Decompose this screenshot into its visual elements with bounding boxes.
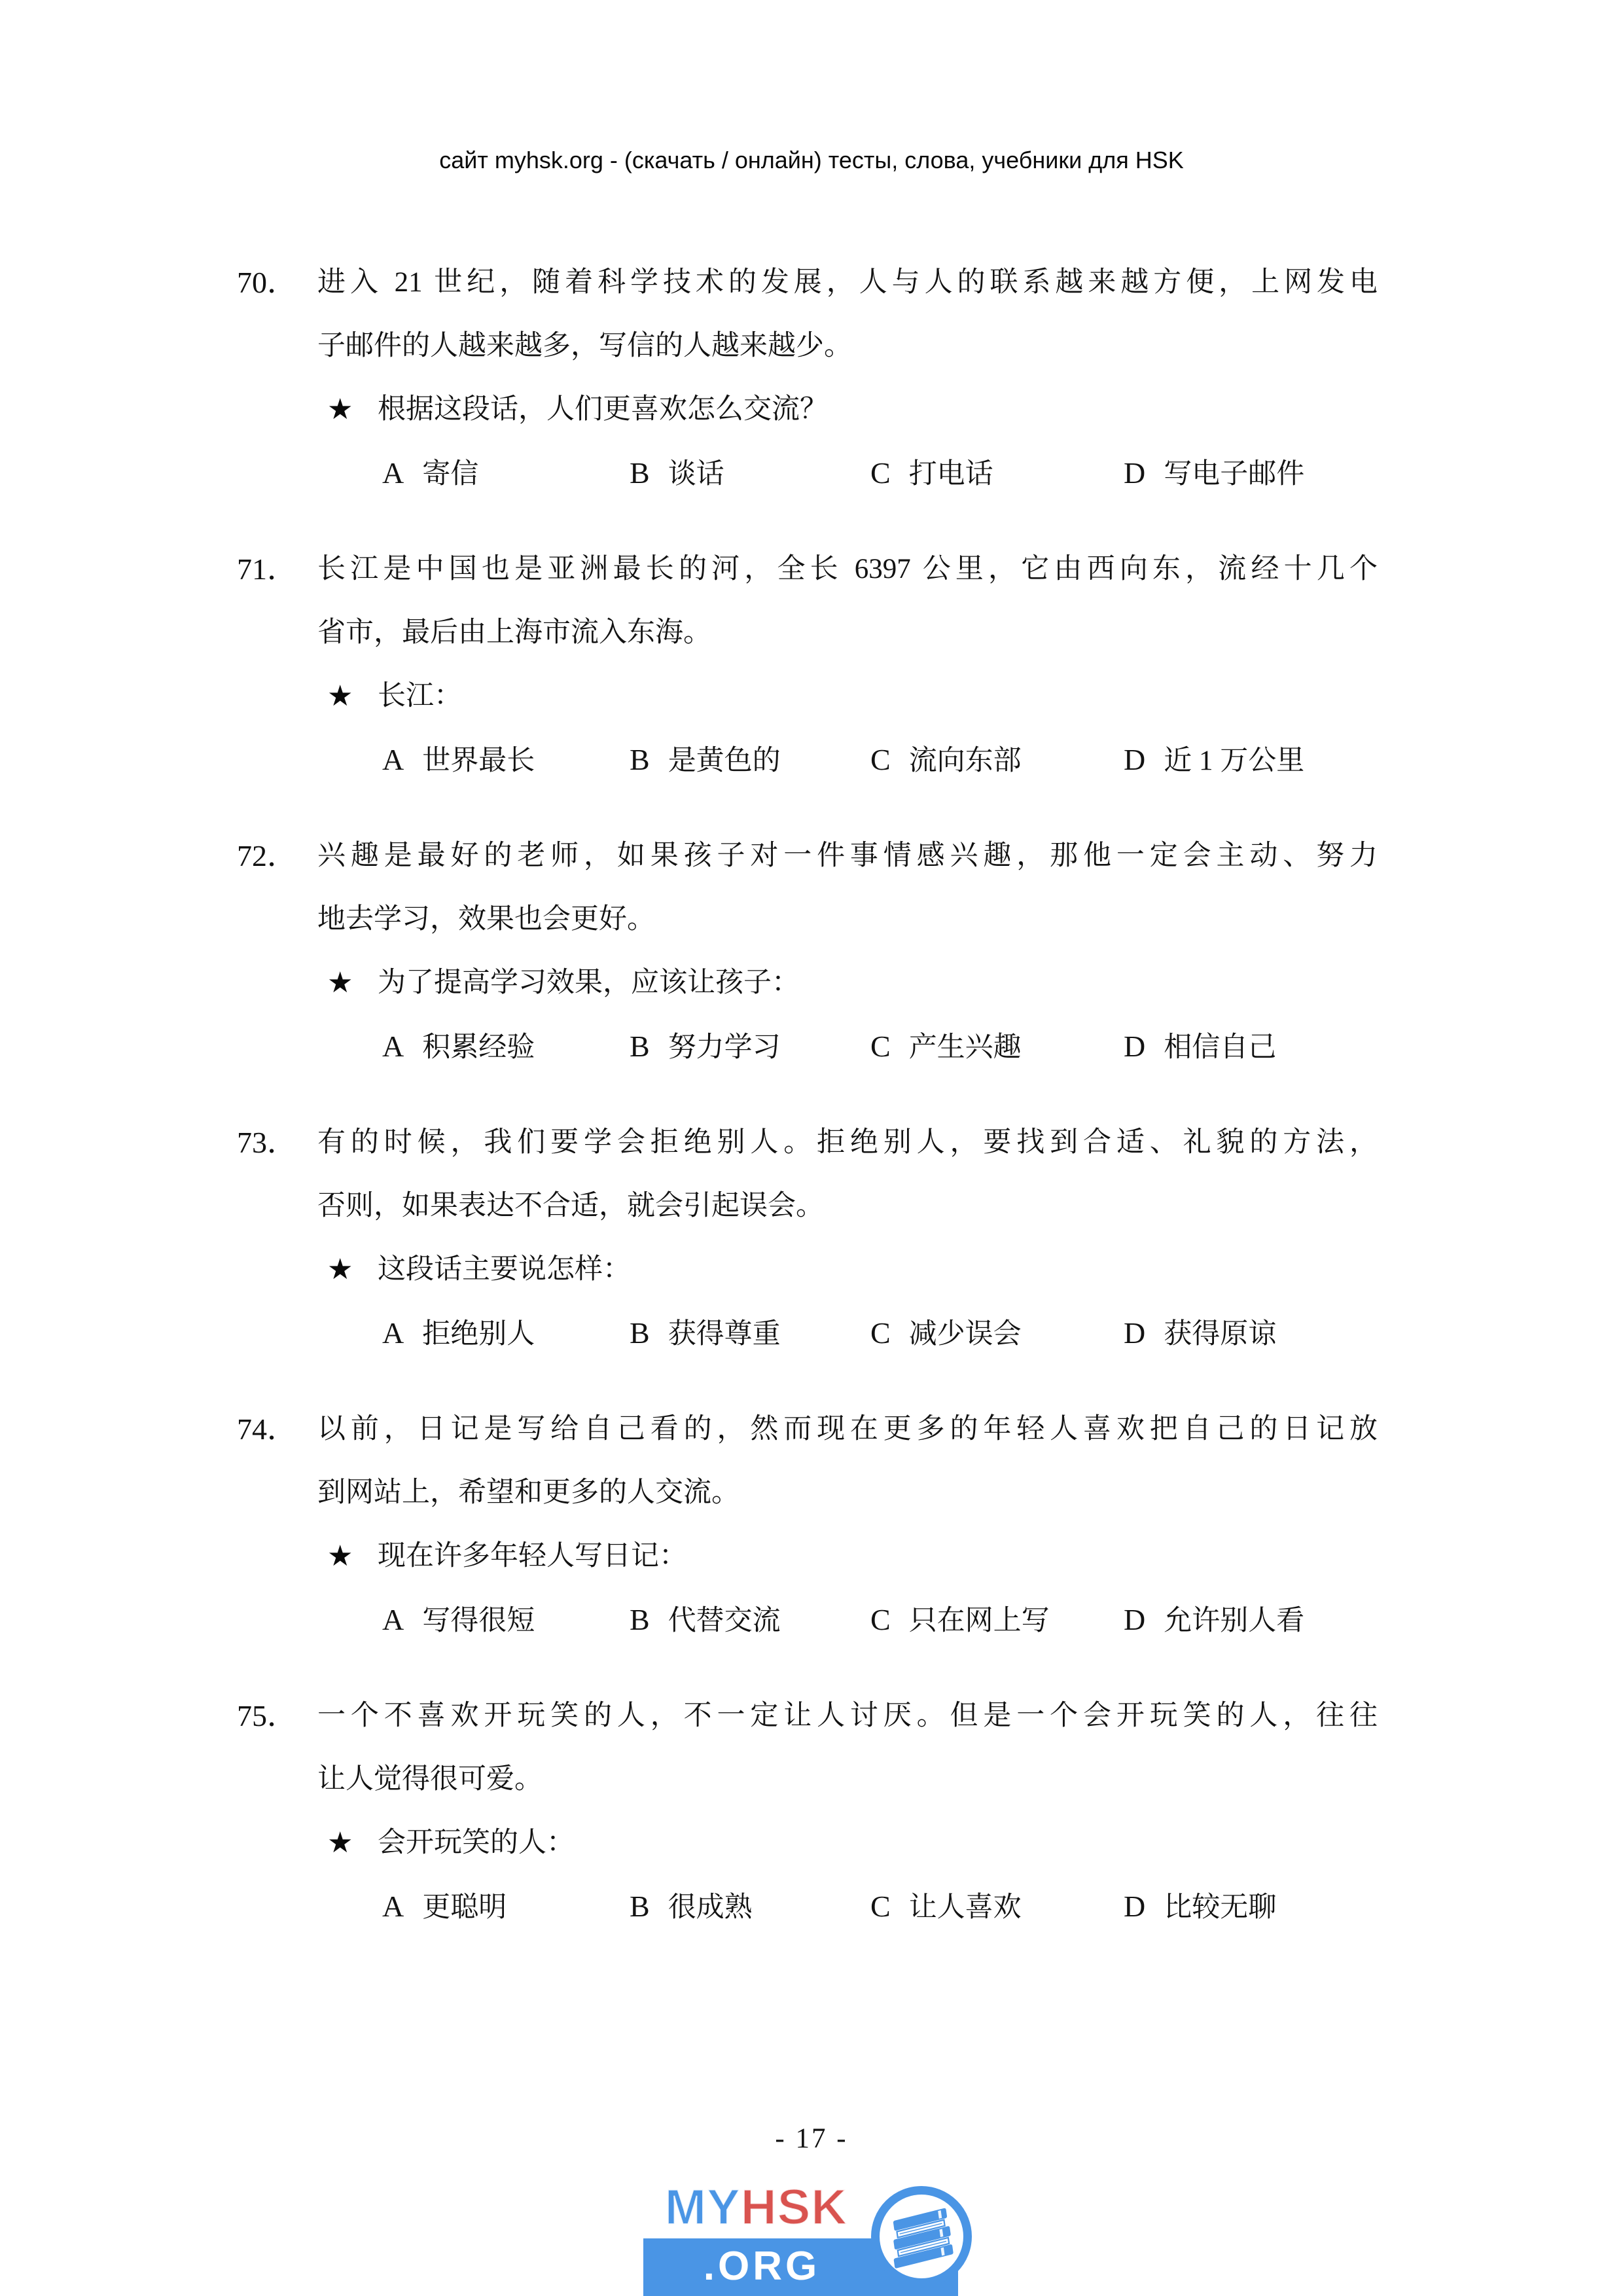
question-first-line: 75． 一个不喜欢开玩笑的人，不一定让人讨厌。但是一个会开玩笑的人，往往 — [237, 1684, 1378, 1748]
question-options-row: A更聪明 B很成熟 C让人喜欢 D比较无聊 — [237, 1874, 1378, 1938]
question-first-line: 70． 进入 21 世纪，随着科学技术的发展，人与人的联系越来越方便，上网发电 — [237, 251, 1378, 314]
question-star-line: ★ 这段话主要说怎样： — [237, 1238, 1378, 1301]
option-text: 允许别人看 — [1164, 1605, 1304, 1636]
question-options-row: A世界最长 B是黄色的 C流向东部 D近 1 万公里 — [237, 728, 1378, 791]
option-letter: C — [870, 1030, 891, 1063]
option-text: 比较无聊 — [1164, 1892, 1276, 1923]
option-text: 只在网上写 — [909, 1605, 1050, 1636]
option-text: 拒绝别人 — [422, 1319, 535, 1350]
star-icon: ★ — [327, 1238, 378, 1301]
question-text-line-2: 地去学习，效果也会更好。 — [237, 888, 1378, 951]
logo-text-hsk: HSK — [741, 2179, 847, 2235]
option-c: C减少误会 — [870, 1301, 1022, 1366]
question-text-line-1: 兴趣是最好的老师，如果孩子对一件事情感兴趣，那他一定会主动、努力 — [317, 824, 1378, 888]
option-letter: B — [630, 1603, 650, 1636]
option-text: 更聪明 — [422, 1892, 507, 1923]
page-header-text: сайт myhsk.org - (скачать / онлайн) тест… — [0, 145, 1623, 175]
option-text: 近 1 万公里 — [1164, 745, 1304, 776]
option-letter: D — [1124, 743, 1145, 776]
option-c: C让人喜欢 — [870, 1874, 1022, 1939]
logo-circle — [871, 2186, 972, 2287]
question-text-line-1: 进入 21 世纪，随着科学技术的发展，人与人的联系越来越方便，上网发电 — [317, 251, 1378, 314]
option-text: 相信自己 — [1164, 1032, 1276, 1063]
question-block-72: 72． 兴趣是最好的老师，如果孩子对一件事情感兴趣，那他一定会主动、努力 地去学… — [237, 824, 1378, 1078]
star-icon: ★ — [327, 1524, 378, 1588]
option-a: A更聪明 — [382, 1874, 507, 1939]
option-letter: A — [382, 1890, 404, 1923]
option-b: B很成熟 — [630, 1874, 753, 1939]
option-letter: D — [1124, 1316, 1145, 1350]
option-letter: B — [630, 1316, 650, 1350]
logo-text-my: MY — [665, 2179, 741, 2235]
option-text: 写得很短 — [422, 1605, 535, 1636]
option-b: B谈话 — [630, 441, 724, 506]
option-letter: B — [630, 1030, 650, 1063]
question-star-line: ★ 现在许多年轻人写日记： — [237, 1524, 1378, 1588]
question-first-line: 73． 有的时候，我们要学会拒绝别人。拒绝别人，要找到合适、礼貌的方法， — [237, 1111, 1378, 1174]
question-first-line: 72． 兴趣是最好的老师，如果孩子对一件事情感兴趣，那他一定会主动、努力 — [237, 824, 1378, 888]
option-d: D允许别人看 — [1124, 1588, 1304, 1653]
star-question-text: 长江： — [378, 664, 462, 728]
option-text: 很成熟 — [668, 1892, 753, 1923]
option-text: 获得尊重 — [668, 1319, 781, 1350]
question-options-row: A寄信 B谈话 C打电话 D写电子邮件 — [237, 441, 1378, 505]
option-text: 代替交流 — [668, 1605, 781, 1636]
question-text-line-2: 省市，最后由上海市流入东海。 — [237, 601, 1378, 664]
star-icon: ★ — [327, 951, 378, 1014]
option-c: C打电话 — [870, 441, 993, 506]
star-icon: ★ — [327, 664, 378, 728]
option-d: D获得原谅 — [1124, 1301, 1276, 1366]
star-question-text: 为了提高学习效果，应该让孩子： — [378, 951, 800, 1014]
question-text-line-1: 长江是中国也是亚洲最长的河，全长 6397 公里，它由西向东，流经十几个 — [317, 537, 1378, 601]
option-letter: D — [1124, 1890, 1145, 1923]
option-b: B代替交流 — [630, 1588, 781, 1653]
question-block-75: 75． 一个不喜欢开玩笑的人，不一定让人讨厌。但是一个会开玩笑的人，往往 让人觉… — [237, 1684, 1378, 1938]
option-text: 流向东部 — [909, 745, 1022, 776]
star-question-text: 会开玩笑的人： — [378, 1811, 575, 1874]
option-letter: A — [382, 1316, 404, 1350]
star-question-text: 这段话主要说怎样： — [378, 1238, 631, 1301]
question-options-row: A积累经验 B努力学习 C产生兴趣 D相信自己 — [237, 1014, 1378, 1078]
option-letter: D — [1124, 1603, 1145, 1636]
option-text: 谈话 — [668, 459, 724, 490]
option-letter: D — [1124, 456, 1145, 490]
option-text: 写电子邮件 — [1164, 459, 1304, 490]
question-first-line: 74． 以前，日记是写给自己看的，然而现在更多的年轻人喜欢把自己的日记放 — [237, 1397, 1378, 1461]
question-text-line-2: 否则，如果表达不合适，就会引起误会。 — [237, 1174, 1378, 1238]
question-options-row: A拒绝别人 B获得尊重 C减少误会 D获得原谅 — [237, 1301, 1378, 1365]
option-text: 寄信 — [422, 459, 478, 490]
option-letter: A — [382, 456, 404, 490]
option-d: D写电子邮件 — [1124, 441, 1304, 506]
myhsk-logo: MYHSK .ORG — [643, 2181, 995, 2296]
option-text: 世界最长 — [422, 745, 535, 776]
question-block-70: 70． 进入 21 世纪，随着科学技术的发展，人与人的联系越来越方便，上网发电 … — [237, 251, 1378, 505]
option-d: D相信自己 — [1124, 1014, 1276, 1079]
question-star-line: ★ 会开玩笑的人： — [237, 1811, 1378, 1874]
document-page: сайт myhsk.org - (скачать / онлайн) тест… — [0, 0, 1623, 2296]
option-a: A写得很短 — [382, 1588, 535, 1653]
question-number: 74． — [237, 1397, 317, 1461]
question-text-line-2: 到网站上，希望和更多的人交流。 — [237, 1461, 1378, 1524]
option-c: C流向东部 — [870, 728, 1022, 793]
option-a: A积累经验 — [382, 1014, 535, 1079]
question-text-line-1: 以前，日记是写给自己看的，然而现在更多的年轻人喜欢把自己的日记放 — [317, 1397, 1378, 1461]
option-letter: D — [1124, 1030, 1145, 1063]
option-letter: C — [870, 1316, 891, 1350]
option-text: 让人喜欢 — [909, 1892, 1022, 1923]
question-block-73: 73． 有的时候，我们要学会拒绝别人。拒绝别人，要找到合适、礼貌的方法， 否则，… — [237, 1111, 1378, 1365]
question-number: 71． — [237, 537, 317, 601]
logo-myhsk-text: MYHSK — [643, 2177, 869, 2238]
question-text-line-2: 子邮件的人越来越多，写信的人越来越少。 — [237, 314, 1378, 378]
option-letter: A — [382, 743, 404, 776]
option-letter: A — [382, 1603, 404, 1636]
option-b: B是黄色的 — [630, 728, 781, 793]
question-star-line: ★ 为了提高学习效果，应该让孩子： — [237, 951, 1378, 1014]
option-c: C产生兴趣 — [870, 1014, 1022, 1079]
option-text: 努力学习 — [668, 1032, 781, 1063]
option-text: 获得原谅 — [1164, 1319, 1276, 1350]
question-number: 75． — [237, 1684, 317, 1748]
option-letter: B — [630, 743, 650, 776]
option-a: A世界最长 — [382, 728, 535, 793]
page-number: - 17 - — [0, 2123, 1623, 2155]
question-first-line: 71． 长江是中国也是亚洲最长的河，全长 6397 公里，它由西向东，流经十几个 — [237, 537, 1378, 601]
books-stack-icon — [885, 2201, 958, 2272]
question-options-row: A写得很短 B代替交流 C只在网上写 D允许别人看 — [237, 1588, 1378, 1651]
question-block-74: 74． 以前，日记是写给自己看的，然而现在更多的年轻人喜欢把自己的日记放 到网站… — [237, 1397, 1378, 1651]
question-number: 73． — [237, 1111, 317, 1174]
option-letter: C — [870, 456, 891, 490]
logo-org-text: .ORG — [643, 2238, 880, 2296]
option-text: 减少误会 — [909, 1319, 1022, 1350]
option-a: A寄信 — [382, 441, 478, 506]
option-letter: B — [630, 456, 650, 490]
option-letter: A — [382, 1030, 404, 1063]
star-question-text: 现在许多年轻人写日记： — [378, 1524, 687, 1588]
option-letter: B — [630, 1890, 650, 1923]
option-a: A拒绝别人 — [382, 1301, 535, 1366]
star-icon: ★ — [327, 378, 378, 441]
option-c: C只在网上写 — [870, 1588, 1050, 1653]
option-b: B获得尊重 — [630, 1301, 781, 1366]
option-b: B努力学习 — [630, 1014, 781, 1079]
option-d: D比较无聊 — [1124, 1874, 1276, 1939]
question-star-line: ★ 根据这段话，人们更喜欢怎么交流？ — [237, 378, 1378, 441]
option-text: 积累经验 — [422, 1032, 535, 1063]
option-text: 产生兴趣 — [909, 1032, 1022, 1063]
question-block-71: 71． 长江是中国也是亚洲最长的河，全长 6397 公里，它由西向东，流经十几个… — [237, 537, 1378, 791]
question-number: 72． — [237, 824, 317, 888]
star-icon: ★ — [327, 1811, 378, 1874]
star-question-text: 根据这段话，人们更喜欢怎么交流？ — [378, 378, 828, 441]
question-star-line: ★ 长江： — [237, 664, 1378, 728]
option-text: 是黄色的 — [668, 745, 781, 776]
question-number: 70． — [237, 251, 317, 314]
option-text: 打电话 — [909, 459, 993, 490]
question-text-line-1: 有的时候，我们要学会拒绝别人。拒绝别人，要找到合适、礼貌的方法， — [317, 1111, 1378, 1174]
option-letter: C — [870, 743, 891, 776]
option-letter: C — [870, 1603, 891, 1636]
option-letter: C — [870, 1890, 891, 1923]
question-text-line-1: 一个不喜欢开玩笑的人，不一定让人讨厌。但是一个会开玩笑的人，往往 — [317, 1684, 1378, 1748]
option-d: D近 1 万公里 — [1124, 728, 1304, 793]
question-text-line-2: 让人觉得很可爱。 — [237, 1748, 1378, 1811]
